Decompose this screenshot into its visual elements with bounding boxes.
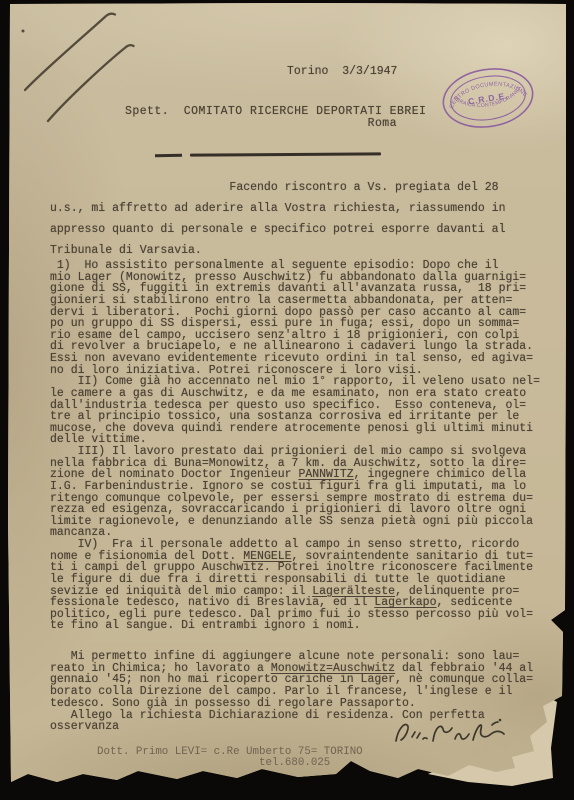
typed-line: po un gruppo di SS dispersi, essi pure i… [50,318,540,330]
pen-slash-1 [25,14,115,90]
typed-line: gionieri si stabilirono entro la caserme… [50,295,540,307]
typed-line: 1) Ho assistito personalmente al seguent… [50,260,540,272]
sender-address: Dott. Primo LEVI= c.Re Umberto 75= TORIN… [97,747,363,769]
typed-line: tre al principio tossico, una sostanza c… [50,411,540,423]
typed-line: rezza ed esigenza, sovraccaricando i pri… [50,504,540,516]
typed-line: Essi non avevano evidentemente ricevuto … [50,353,540,365]
typed-rule-segment-short [155,154,182,157]
typed-line: III) Il lavoro prestato dai prigionieri … [50,446,540,458]
typed-line: Tribunale di Varsavia. [50,240,505,261]
typed-line: limite ragionevole, e denunziando alle S… [50,516,540,528]
pen-dot [22,30,25,33]
typed-line: Roma [125,118,426,130]
typed-line: Facendo riscontro a Vs. pregiata del 28 [50,177,505,198]
opening-paragraph: Facendo riscontro a Vs. pregiata del 28u… [50,177,505,261]
typed-line: I.G. Farbenindustrie. Ignoro se costui f… [50,481,540,493]
typed-line: tel.680.025 [97,758,363,769]
testimony-paragraphs: 1) Ho assistito personalmente al seguent… [50,260,540,632]
pen-strokes [0,0,200,160]
typed-line: te fino al sangue. Di entrambi ignoro i … [50,620,540,632]
typed-line: u.s., mi affretto ad aderire alla Vostra… [50,198,505,219]
typed-line: tedesco. Sono già in possesso di regolar… [50,698,533,710]
typed-line: appresso quanto di personale e specifico… [50,219,505,240]
handwritten-signature [388,714,513,754]
date-line: Torino 3/3/1947 [287,65,397,78]
recipient-block: Spett. COMITATO RICERCHE DEPORTATI EBREI… [125,106,426,131]
typed-line: le camere a gas di Auschwitz, e da me es… [50,388,540,400]
document-scan: Torino 3/3/1947 CENTRO DOCUMENTAZIONE EB… [0,0,574,800]
typed-line: fessionale tedesco, nativo di Breslavia,… [50,597,540,609]
